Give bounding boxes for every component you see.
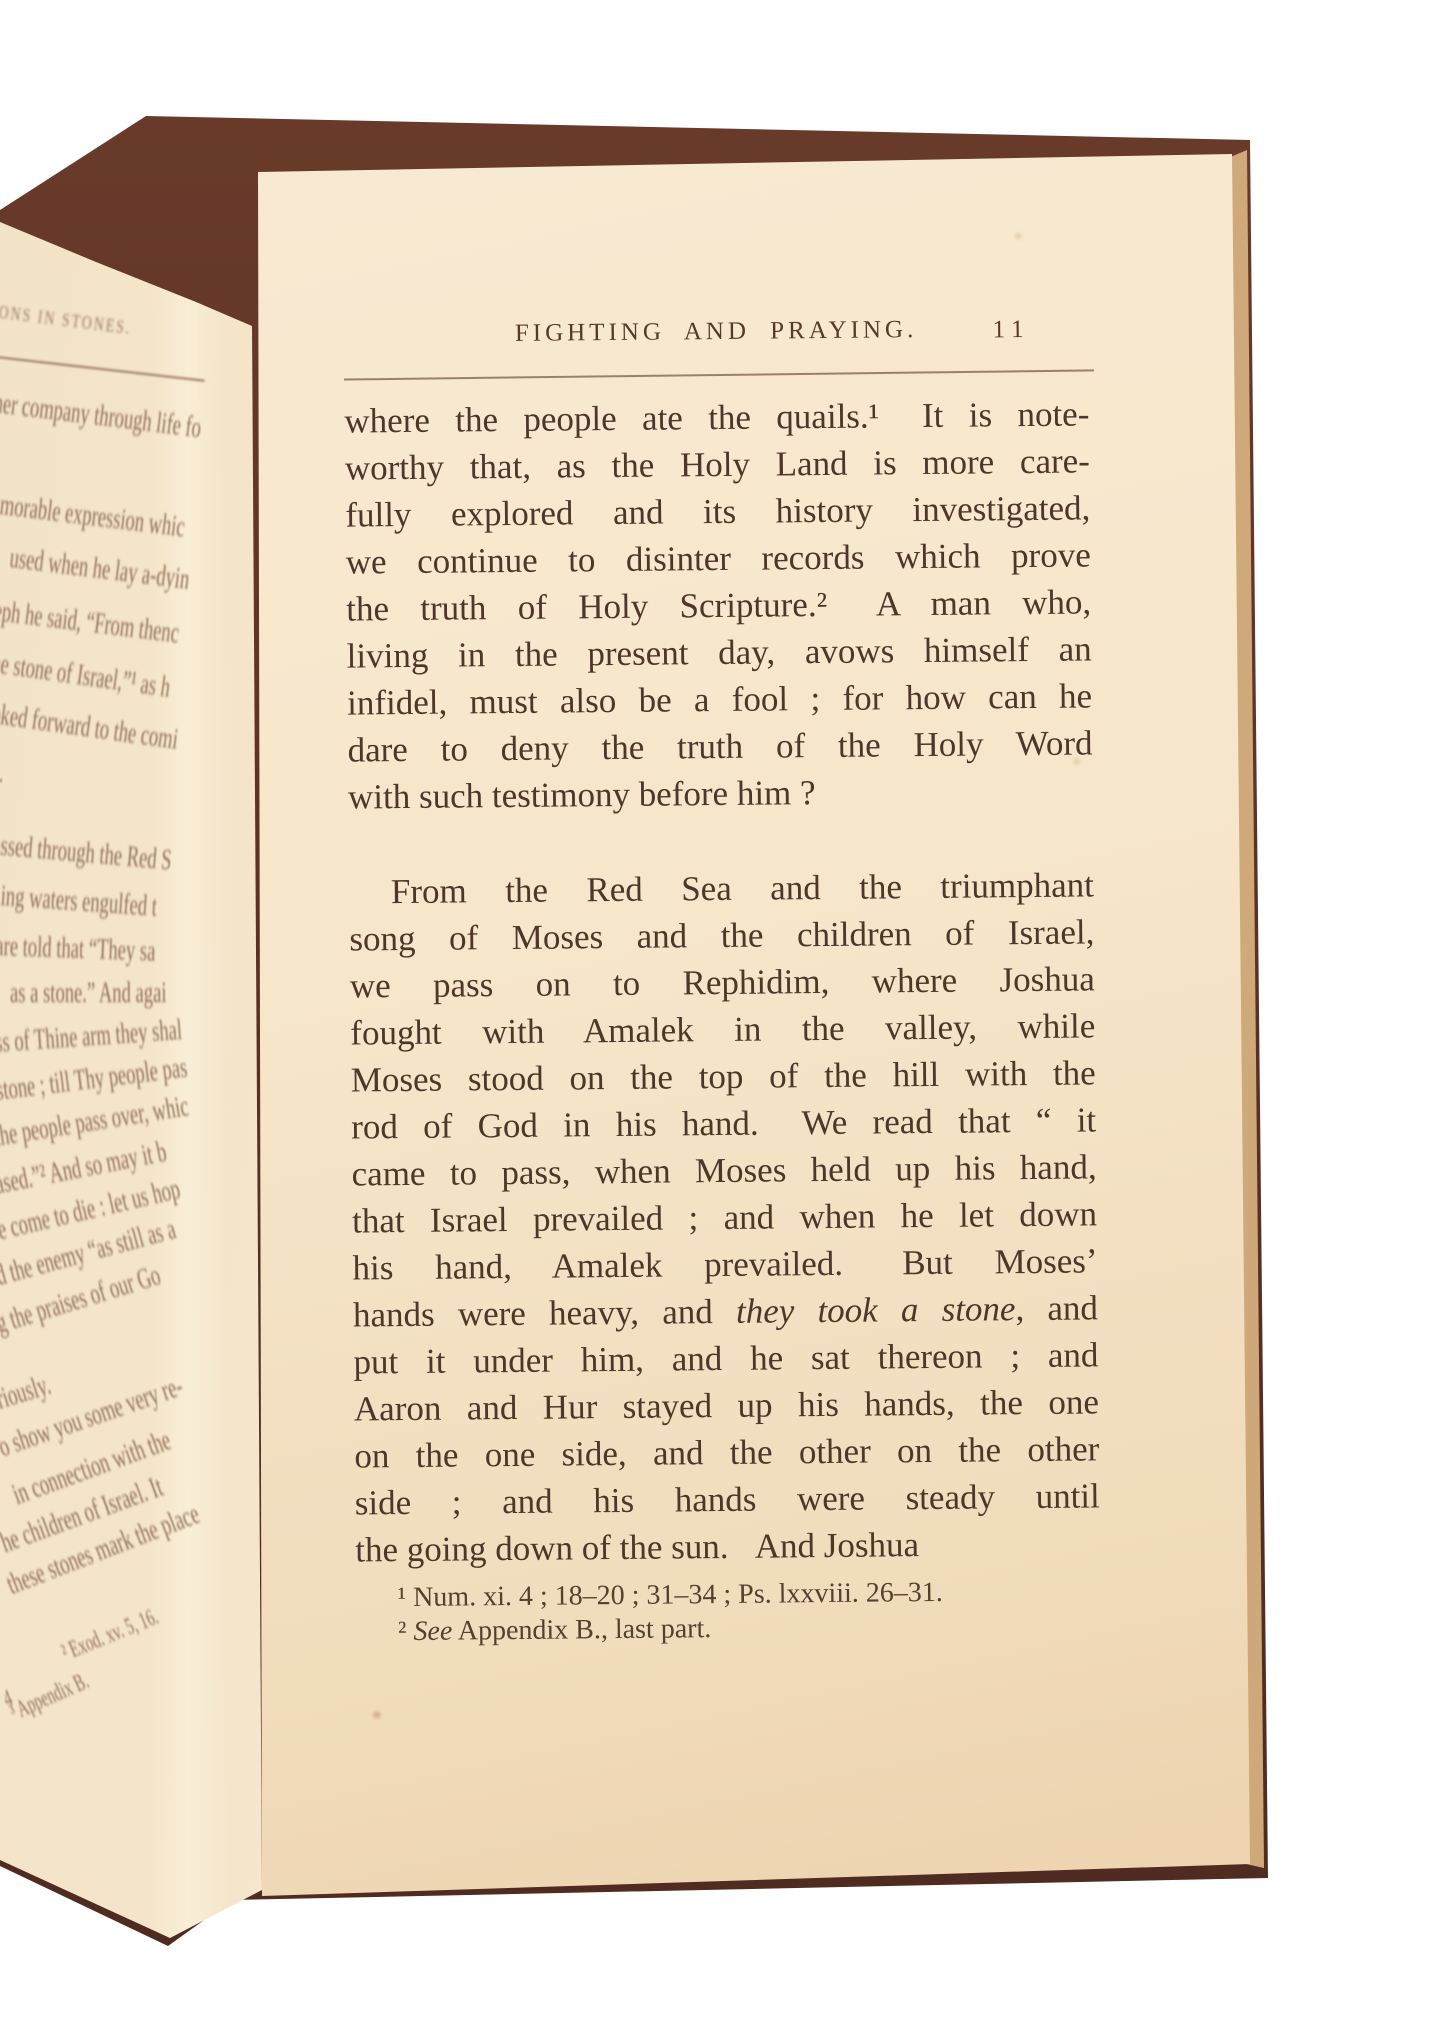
footnotes: ¹ Num. xi. 4 ; 18–20 ; 31–34 ; Ps. lxxvi… — [356, 1574, 1102, 1649]
left-page-fragment: as a stone.” And agai — [10, 976, 167, 1010]
left-page-fragment: eph he said, “From thenc — [0, 594, 181, 650]
head-rule — [344, 369, 1094, 380]
left-page-head-rule — [0, 356, 205, 382]
body-line: fully explored and its history investiga… — [345, 484, 1090, 538]
body-line: Aaron and Hur stayed up his hands, the o… — [354, 1378, 1099, 1432]
body-line: his hand, Amalek prevailed. But Moses’ — [352, 1237, 1097, 1291]
body-line: living in the present day, avows himself… — [346, 625, 1091, 679]
body-line: the truth of Holy Scripture.² A man who, — [346, 578, 1091, 632]
chapter-title: FIGHTING AND PRAYING. — [343, 314, 1088, 349]
body-line: the going down of the sun. And Joshua — [355, 1519, 1100, 1573]
body-line: Moses stood on the top of the hill with … — [351, 1049, 1096, 1103]
left-page-fragment: he stone of Israel,”¹ as h — [0, 646, 172, 705]
left-page-fragment: oked forward to the comi — [0, 697, 180, 757]
body-line: worthy that, as the Holy Land is more ca… — [345, 437, 1090, 491]
body-line: on the one side, and the other on the ot… — [354, 1425, 1099, 1479]
body-line: side ; and his hands were steady until — [355, 1472, 1100, 1526]
body-line: we continue to disinter records which pr… — [346, 531, 1091, 585]
body-line: came to pass, when Moses held up his han… — [351, 1143, 1096, 1197]
left-page-fragment: emorable expression whic — [0, 487, 187, 544]
left-page-fragment: assed through the Red S — [0, 828, 173, 878]
footnote: ² See Appendix B., last part. — [398, 1608, 1101, 1649]
body-line: where the people ate the quails.¹ It is … — [344, 390, 1089, 444]
body-line: From the Red Sea and the triumphant — [349, 861, 1094, 915]
paper-spot — [373, 1711, 381, 1718]
body-text: where the people ate the quails.¹ It is … — [344, 390, 1100, 1573]
left-page-fragment: riously. — [0, 1368, 55, 1417]
paper-spot — [1074, 759, 1080, 765]
body-line: song of Moses and the children of Israel… — [349, 908, 1094, 962]
body-line: we pass on to Rephidim, where Joshua — [350, 955, 1095, 1009]
body-line: hands were heavy, and they took a stone,… — [353, 1284, 1098, 1338]
left-page-running-head: ONS IN STONES. — [0, 302, 133, 340]
paper-spot — [1015, 233, 1022, 239]
page-number: 11 — [992, 316, 1030, 344]
body-line: that Israel prevailed ; and when he let … — [352, 1190, 1097, 1244]
body-line: rod of God in his hand. We read that “ i… — [351, 1096, 1096, 1150]
left-page-fragment: ² Exod. xv. 5, 16. — [58, 1604, 163, 1667]
paragraph: where the people ate the quails.¹ It is … — [344, 390, 1093, 820]
paragraph: From the Red Sea and the triumphantsong … — [349, 861, 1101, 1573]
body-line: with such testimony before him ? — [348, 766, 1093, 820]
body-line: infidel, must also be a fool ; for how c… — [347, 672, 1092, 726]
left-page-fragment: are told that “They sa — [0, 929, 156, 969]
left-page-fragment: ss of Thine arm they shal — [0, 1013, 183, 1060]
left-page-fragment: her company through life fo — [0, 386, 203, 445]
left-page-fragment: . — [0, 756, 7, 790]
body-line: dare to deny the truth of the Holy Word — [347, 719, 1092, 773]
left-page-fragment: used when he lay a-dyin — [8, 541, 192, 597]
left-page-fragment: ³ Appendix B. — [6, 1668, 93, 1727]
photo-background: ONS IN STONES.her company through life f… — [0, 0, 1445, 2023]
left-page-fragment: ing waters engulfed t — [0, 879, 158, 924]
body-line: fought with Amalek in the valley, while — [350, 1002, 1095, 1056]
running-head: FIGHTING AND PRAYING. 11 — [343, 314, 1088, 355]
body-line: put it under him, and he sat thereon ; a… — [353, 1331, 1098, 1385]
